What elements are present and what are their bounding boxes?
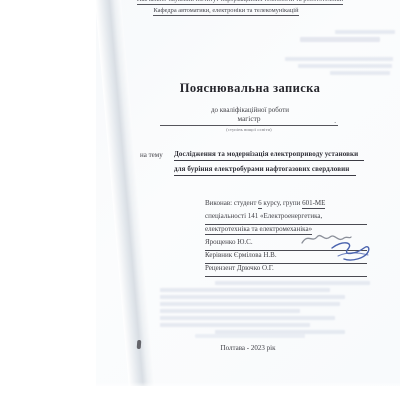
city-year-footer: Полтава - 2023 рік (148, 344, 348, 352)
scanned-title-page: Навчально-науковий інститут інформаційни… (0, 0, 400, 400)
topic-label: на тему (140, 151, 172, 159)
bleed-through-text (160, 295, 345, 299)
bleed-through-text (195, 334, 305, 338)
page-title: Пояснювальна записка (150, 81, 350, 96)
bleed-through-text (160, 309, 300, 313)
institute-line: Навчально-науковий інститут інформаційни… (120, 0, 360, 5)
bleed-through-text (160, 288, 330, 292)
supervisor-signature (328, 240, 372, 264)
specialty-line-1: спеціальності 141 «Електроенергетика, (205, 212, 367, 225)
bleed-through-text (160, 316, 335, 320)
bleed-through-text (160, 302, 340, 306)
edge-ink-mark (137, 340, 142, 349)
department-line: Кафедра автоматики, електроніки та телек… (128, 7, 324, 16)
page-bottom-edge (96, 382, 400, 390)
author-course-line: Виконав: студент 6 курсу, групи 601-МЕ (205, 199, 367, 211)
bleed-through-text (335, 30, 395, 34)
degree-caption: (ступінь вищої освіти) (160, 127, 338, 132)
topic-line-1: Дослідження та модернізація електроприво… (174, 150, 364, 161)
work-type-subtitle: до кваліфікаційної роботи (150, 106, 350, 114)
bleed-through-text (298, 64, 392, 68)
bleed-through-text (285, 57, 393, 61)
reviewer-line: Рецензент Дрючко О.Г. (205, 264, 367, 277)
bleed-through-text (215, 281, 370, 285)
bleed-through-text (160, 323, 310, 327)
degree-period: . (334, 117, 336, 125)
topic-line-2: для буріння електробурами нафтогазових с… (174, 165, 356, 176)
bleed-through-text (300, 37, 380, 42)
degree-value: магістр (238, 114, 261, 123)
group-number: 601-МЕ (302, 199, 325, 209)
degree-field: магістр . (160, 114, 338, 126)
bleed-through-text (330, 71, 390, 75)
